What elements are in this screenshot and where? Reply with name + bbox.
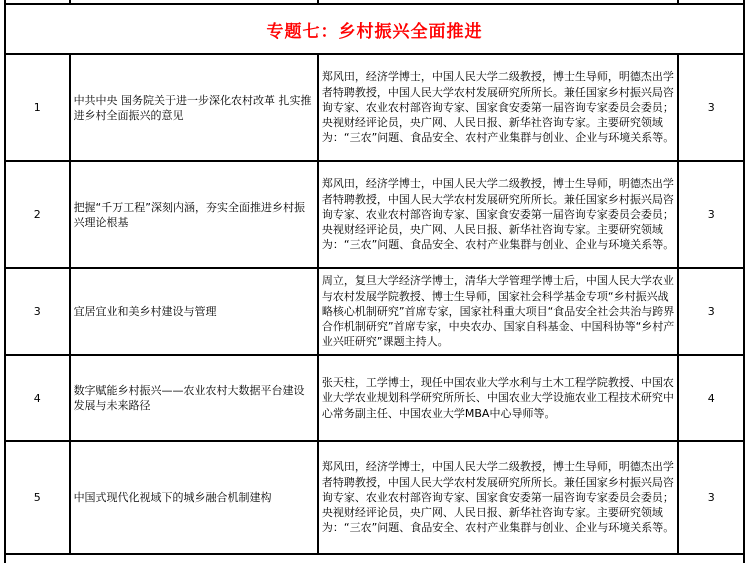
table-row: 5 中国式现代化视域下的城乡融合机制建构 郑风田，经济学博士，中国人民大学二级教… xyxy=(5,441,744,554)
cell[interactable] xyxy=(5,554,744,563)
lecturer-intro-cell[interactable]: 郑风田，经济学博士，中国人民大学二级教授，博士生导师，明德杰出学者特聘教授，中国… xyxy=(318,54,679,161)
row-number-cell[interactable]: 2 xyxy=(5,161,70,268)
section-header-row: 专题七：乡村振兴全面推进 xyxy=(5,4,744,54)
hours-cell[interactable]: 3 xyxy=(678,161,744,268)
hours-cell[interactable]: 3 xyxy=(678,268,744,355)
spreadsheet-sheet: 专题七：乡村振兴全面推进 1 中共中央 国务院关于进一步深化农村改革 扎实推进乡… xyxy=(0,0,745,564)
course-title-cell[interactable]: 中国式现代化视域下的城乡融合机制建构 xyxy=(70,441,318,554)
lecturer-intro-text: 郑风田，经济学博士，中国人民大学二级教授，博士生导师，明德杰出学者特聘教授，中国… xyxy=(322,67,675,147)
section-header-cell[interactable]: 专题七：乡村振兴全面推进 xyxy=(5,4,744,54)
course-title-cell[interactable]: 宜居宜业和美乡村建设与管理 xyxy=(70,268,318,355)
table-row-next-fragment xyxy=(5,554,744,563)
table-row: 4 数字赋能乡村振兴——农业农村大数据平台建设发展与未来路径 张天柱，工学博士，… xyxy=(5,355,744,441)
row-number-cell[interactable]: 1 xyxy=(5,54,70,161)
lecturer-intro-cell[interactable]: 周立，复旦大学经济学博士，清华大学管理学博士后，中国人民大学农业与农村发展学院教… xyxy=(318,268,679,355)
row-number-cell[interactable]: 5 xyxy=(5,441,70,554)
course-table: 专题七：乡村振兴全面推进 1 中共中央 国务院关于进一步深化农村改革 扎实推进乡… xyxy=(4,0,745,563)
row-number-cell[interactable]: 3 xyxy=(5,268,70,355)
row-number-cell[interactable]: 4 xyxy=(5,355,70,441)
course-title-cell[interactable]: 把握“千万工程”深刻内涵，夯实全面推进乡村振兴理论根基 xyxy=(70,161,318,268)
lecturer-intro-text: 周立，复旦大学经济学博士，清华大学管理学博士后，中国人民大学农业与农村发展学院教… xyxy=(322,271,675,351)
table-row: 3 宜居宜业和美乡村建设与管理 周立，复旦大学经济学博士，清华大学管理学博士后，… xyxy=(5,268,744,355)
lecturer-intro-text: 张天柱，工学博士，现任中国农业大学水利与土木工程学院教授、中国农业大学农业规划科… xyxy=(322,373,675,423)
section-title: 专题七：乡村振兴全面推进 xyxy=(267,22,483,42)
lecturer-intro-text: 郑风田，经济学博士，中国人民大学二级教授，博士生导师，明德杰出学者特聘教授，中国… xyxy=(322,457,675,537)
course-title-cell[interactable]: 中共中央 国务院关于进一步深化农村改革 扎实推进乡村全面振兴的意见 xyxy=(70,54,318,161)
table-row: 2 把握“千万工程”深刻内涵，夯实全面推进乡村振兴理论根基 郑风田，经济学博士，… xyxy=(5,161,744,268)
lecturer-intro-cell[interactable]: 张天柱，工学博士，现任中国农业大学水利与土木工程学院教授、中国农业大学农业规划科… xyxy=(318,355,679,441)
lecturer-intro-text: 郑风田，经济学博士，中国人民大学二级教授，博士生导师，明德杰出学者特聘教授，中国… xyxy=(322,174,675,254)
hours-cell[interactable]: 3 xyxy=(678,441,744,554)
table-row: 1 中共中央 国务院关于进一步深化农村改革 扎实推进乡村全面振兴的意见 郑风田，… xyxy=(5,54,744,161)
course-title-cell[interactable]: 数字赋能乡村振兴——农业农村大数据平台建设发展与未来路径 xyxy=(70,355,318,441)
hours-cell[interactable]: 4 xyxy=(678,355,744,441)
lecturer-intro-cell[interactable]: 郑风田，经济学博士，中国人民大学二级教授，博士生导师，明德杰出学者特聘教授，中国… xyxy=(318,161,679,268)
hours-cell[interactable]: 3 xyxy=(678,54,744,161)
lecturer-intro-cell[interactable]: 郑风田，经济学博士，中国人民大学二级教授，博士生导师，明德杰出学者特聘教授，中国… xyxy=(318,441,679,554)
